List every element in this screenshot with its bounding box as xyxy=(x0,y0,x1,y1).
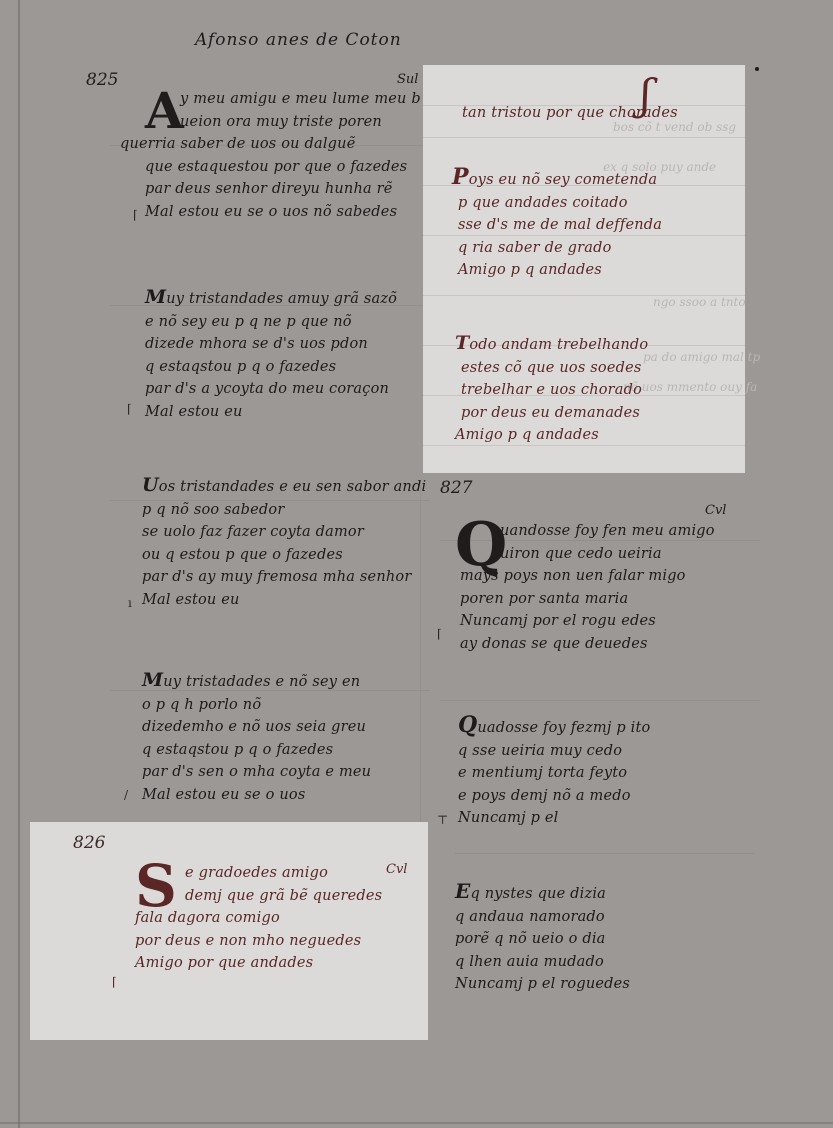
page-bottom-edge xyxy=(0,1122,833,1124)
verse-line: que estaquestou por que o fazedes xyxy=(145,156,421,179)
verse-line: por deus eu demanades xyxy=(455,402,648,425)
verse-line: demj que grã bẽ queredes xyxy=(185,885,382,908)
verse-line: estes cõ que uos soedes xyxy=(455,357,648,380)
poem-number-827: 827 xyxy=(440,478,472,498)
initial-p: P xyxy=(452,164,469,190)
verse-line: e poys demj nõ a medo xyxy=(458,785,650,808)
verse-line: q lhen auia mudado xyxy=(455,951,630,974)
poem-number-826: 826 xyxy=(73,833,105,853)
verse-line: p q nõ soo sabedor xyxy=(142,499,426,522)
refrain-marker: ⊤ xyxy=(437,813,448,827)
drop-cap-q: Q xyxy=(455,518,507,572)
verse-line: porẽ q nõ ueio o dia xyxy=(455,928,630,951)
verse-line: dizede mhora se d's uos pdon xyxy=(145,333,397,356)
verse-line: uiron que cedo ueiria xyxy=(500,543,715,566)
verse-line: y meu amigu e meu lume meu b xyxy=(180,88,421,111)
verse-line: Nuncamj por el rogu edes xyxy=(460,610,715,633)
header-note: Afonso anes de Coton xyxy=(195,30,402,50)
verse-line: par deus senhor direyu hunha rẽ xyxy=(145,178,421,201)
poem-825-stanza-4: Muy tristadades e nõ sey en o p q h porl… xyxy=(142,669,371,806)
verse-line: ay donas se que deuedes xyxy=(460,633,715,656)
initial-m: M xyxy=(142,669,163,691)
verse-line-with-initial: Muy tristandades amuy grã sazõ xyxy=(145,286,397,311)
verse-line-with-initial: Poys eu nõ sey cometenda xyxy=(452,166,662,192)
verse-line: poren por santa maria xyxy=(460,588,715,611)
poem-number-825: 825 xyxy=(86,70,118,90)
verse-line: Mal estou eu xyxy=(145,401,397,424)
initial-m: M xyxy=(145,286,166,308)
verse-line-with-initial: Uos tristandades e eu sen sabor andi xyxy=(142,474,426,499)
verse-line-with-initial: Todo andam trebelhando xyxy=(455,332,648,357)
poem-826-stanza-2: Poys eu nõ sey cometenda p que andades c… xyxy=(452,166,662,282)
verse-line: Amigo por que andades xyxy=(135,952,382,975)
verse-line: p que andades coitado xyxy=(452,192,662,215)
verse-line: Mal estou eu xyxy=(142,589,426,612)
poem-825-stanza-1: A y meu amigu e meu lume meu b ueion ora… xyxy=(145,88,421,223)
manuscript-page: Afonso anes de Coton 825 827 Sul Cvl bos… xyxy=(0,0,833,1128)
verse-line: Amigo p q andades xyxy=(455,424,648,447)
initial-e: E xyxy=(455,879,470,903)
corner-mark-825: Sul xyxy=(397,72,418,87)
ink-dot xyxy=(755,67,759,71)
poem-827-stanza-2: Quadosse foy fezmj p ito q sse ueiria mu… xyxy=(458,714,650,830)
verse-line: q andaua namorado xyxy=(455,906,630,929)
verse-line: Nuncamj p el roguedes xyxy=(455,973,630,996)
drop-cap-s: S xyxy=(135,860,177,912)
verse-line: Nuncamj p el xyxy=(458,807,650,830)
verse-line: q ria saber de grado xyxy=(452,237,662,260)
initial-u: U xyxy=(142,474,159,496)
verse-line: dizedemho e nõ uos seia greu xyxy=(142,716,371,739)
verse-line: q estaqstou p q o fazedes xyxy=(142,739,371,762)
verse-line: por deus e non mho neguedes xyxy=(135,930,382,953)
verse-line: Amigo p q andades xyxy=(452,259,662,282)
refrain-marker: / xyxy=(124,788,128,802)
ruling-line xyxy=(455,853,755,854)
corner-mark-827: Cvl xyxy=(705,503,726,518)
verse-line: trebelhar e uos chorado xyxy=(455,379,648,402)
verse-line: e nõ sey eu p q ne p que nõ xyxy=(145,311,397,334)
verse-line-with-initial: Muy tristadades e nõ sey en xyxy=(142,669,371,694)
verse-line: par d's a ycoyta do meu coraçon xyxy=(145,378,397,401)
poem-827-stanza-1: Q uandosse foy fen meu amigo uiron que c… xyxy=(445,520,715,655)
verse-line: Mal estou eu se o uos xyxy=(142,784,371,807)
verse-line: ou q estou p que o fazedes xyxy=(142,544,426,567)
verse-line: ueion ora muy triste poren xyxy=(180,111,421,134)
refrain-marker: ⌈ xyxy=(133,208,138,222)
page-left-edge xyxy=(18,0,20,1128)
verse-line: par d's sen o mha coyta e meu xyxy=(142,761,371,784)
verse-line: o p q h porlo nõ xyxy=(142,694,371,717)
verse-line: e gradoedes amigo xyxy=(185,862,382,885)
verse-line: q sse ueiria muy cedo xyxy=(458,740,650,763)
initial-q: Q xyxy=(458,712,477,738)
ruling-line xyxy=(440,700,760,701)
verse-line-with-initial: Quadosse foy fezmj p ito xyxy=(458,714,650,740)
verse-line: sse d's me de mal deffenda xyxy=(452,214,662,237)
refrain-marker: ı xyxy=(128,596,132,610)
poem-825-stanza-3: Uos tristandades e eu sen sabor andi p q… xyxy=(142,474,426,611)
corner-mark-826: Cvl xyxy=(386,862,407,877)
refrain-marker: ⌈ xyxy=(112,975,117,989)
drop-cap-a: A xyxy=(145,88,184,134)
verse-line: uandosse foy fen meu amigo xyxy=(500,520,715,543)
flourish-ornament: ʃ xyxy=(640,70,651,119)
verse-line: e mentiumj torta feyto xyxy=(458,762,650,785)
verse-line: Mal estou eu se o uos nõ sabedes xyxy=(145,201,421,224)
poem-825-stanza-2: Muy tristandades amuy grã sazõ e nõ sey … xyxy=(145,286,397,423)
refrain-marker: ⌈ xyxy=(437,627,442,641)
verse-line: par d's ay muy fremosa mha senhor xyxy=(142,566,426,589)
poem-826-stanza-1: S e gradoedes amigo demj que grã bẽ quer… xyxy=(135,862,382,975)
poem-826-stanza-3: Todo andam trebelhando estes cõ que uos … xyxy=(455,332,648,447)
verse-line: se uolo faz fazer coyta damor xyxy=(142,521,426,544)
verse-line-with-initial: Eq nystes que dizia xyxy=(455,880,630,906)
initial-t: T xyxy=(455,332,469,354)
refrain-marker: ⌈ xyxy=(127,402,132,416)
poem-827-stanza-3: Eq nystes que dizia q andaua namorado po… xyxy=(455,880,630,996)
verse-line: q estaqstou p q o fazedes xyxy=(145,356,397,379)
